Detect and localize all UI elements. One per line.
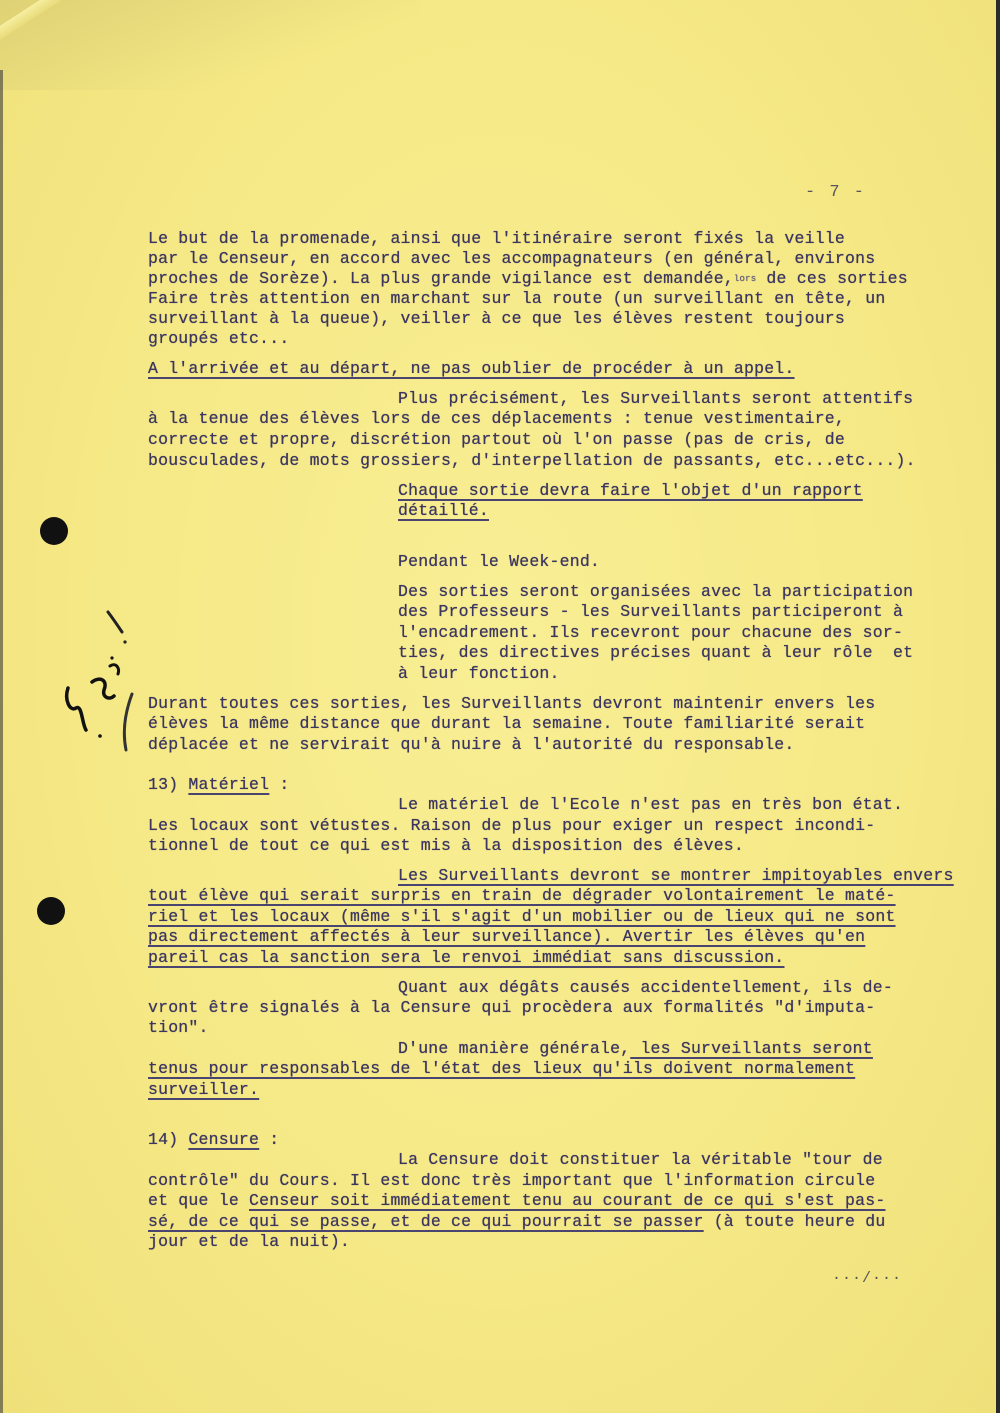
text-line: tionnel de tout ce qui est mis à la disp… bbox=[148, 836, 744, 856]
text-line: D'une manière générale, les Surveillants… bbox=[398, 1039, 873, 1059]
emphasis-line: Les Surveillants devront se montrer impi… bbox=[398, 866, 954, 886]
text-line: l'encadrement. Ils recevront pour chacun… bbox=[398, 623, 903, 643]
emphasis-line: pareil cas la sanction sera le renvoi im… bbox=[148, 948, 784, 968]
text-line: déplacée et ne servirait qu'à nuire à l'… bbox=[148, 735, 795, 755]
text-line: Quant aux dégâts causés accidentellement… bbox=[398, 978, 893, 998]
text-line: Les locaux sont vétustes. Raison de plus… bbox=[148, 816, 875, 836]
punch-hole-bottom bbox=[37, 897, 65, 925]
emphasis-segment: sé, de ce qui se passe, et de ce qui pou… bbox=[148, 1212, 704, 1231]
text-line: tion". bbox=[148, 1018, 209, 1038]
text-line: ties, des directives précises quant à le… bbox=[398, 643, 913, 663]
text-line: sé, de ce qui se passe, et de ce qui pou… bbox=[148, 1212, 885, 1232]
subheading-weekend: Pendant le Week-end. bbox=[398, 552, 600, 572]
text-line: et que le Censeur soit immédiatement ten… bbox=[148, 1191, 885, 1211]
scan-shadow bbox=[0, 0, 420, 90]
scan-edge-left bbox=[0, 70, 3, 1413]
section-colon: : bbox=[259, 1130, 279, 1149]
emphasis-line: tout élève qui serait surpris en train d… bbox=[148, 886, 896, 906]
section-heading-materiel: 13) Matériel : bbox=[148, 775, 289, 795]
handwritten-annotation-icon bbox=[60, 590, 140, 760]
emphasis-line: riel et les locaux (même s'il s'agit d'u… bbox=[148, 907, 896, 927]
continuation-mark: ···/··· bbox=[832, 1270, 902, 1287]
text-line: des Professeurs - les Surveillants parti… bbox=[398, 602, 903, 622]
emphasis-line: pas directement affectés à leur surveill… bbox=[148, 927, 865, 947]
text-segment: de ces sorties bbox=[756, 269, 908, 288]
emphasis-segment: les Surveillants seront bbox=[630, 1039, 872, 1058]
emphasis-rapport: détaillé. bbox=[398, 501, 489, 521]
text-line: Durant toutes ces sorties, les Surveilla… bbox=[148, 694, 875, 714]
text-segment: proches de Sorèze). La plus grande vigil… bbox=[148, 269, 734, 288]
section-number: 13) bbox=[148, 775, 178, 794]
text-line: groupés etc... bbox=[148, 329, 289, 349]
text-line: élèves la même distance que durant la se… bbox=[148, 714, 865, 734]
text-line: Des sorties seront organisées avec la pa… bbox=[398, 582, 913, 602]
text-line: La Censure doit constituer la véritable … bbox=[398, 1150, 883, 1170]
text-line: par le Censeur, en accord avec les accom… bbox=[148, 249, 875, 269]
text-line: Le matériel de l'Ecole n'est pas en très… bbox=[398, 795, 903, 815]
section-colon: : bbox=[269, 775, 289, 794]
text-line: proches de Sorèze). La plus grande vigil… bbox=[148, 269, 908, 289]
text-line: correcte et propre, discrétion partout o… bbox=[148, 430, 845, 450]
text-segment: (à toute heure du bbox=[704, 1212, 886, 1231]
emphasis-line: tenus pour responsables de l'état des li… bbox=[148, 1059, 855, 1079]
section-number: 14) bbox=[148, 1130, 178, 1149]
text-segment: et que le bbox=[148, 1191, 249, 1210]
text-line: Plus précisément, les Surveillants seron… bbox=[398, 389, 913, 409]
text-line: à la tenue des élèves lors de ces déplac… bbox=[148, 409, 845, 429]
page-number: - 7 - bbox=[805, 183, 866, 202]
text-line: contrôle" du Cours. Il est donc très imp… bbox=[148, 1171, 875, 1191]
handwritten-insert: lors bbox=[734, 274, 756, 284]
text-line: à leur fonction. bbox=[398, 664, 560, 684]
emphasis-appel: A l'arrivée et au départ, ne pas oublier… bbox=[148, 359, 795, 379]
punch-hole-top bbox=[40, 517, 68, 545]
section-title: Censure bbox=[188, 1130, 259, 1149]
section-title: Matériel bbox=[188, 775, 269, 794]
section-heading-censure: 14) Censure : bbox=[148, 1130, 279, 1150]
text-line: vront être signalés à la Censure qui pro… bbox=[148, 998, 875, 1018]
emphasis-segment: Censeur soit immédiatement tenu au coura… bbox=[249, 1191, 885, 1210]
text-line: bousculades, de mots grossiers, d'interp… bbox=[148, 451, 916, 471]
text-line: jour et de la nuit). bbox=[148, 1232, 350, 1252]
text-line: surveillant à la queue), veiller à ce qu… bbox=[148, 309, 845, 329]
text-segment: D'une manière générale, bbox=[398, 1039, 630, 1058]
emphasis-rapport: Chaque sortie devra faire l'objet d'un r… bbox=[398, 481, 863, 501]
emphasis-line: surveiller. bbox=[148, 1080, 259, 1100]
scan-edge bbox=[996, 0, 1000, 1413]
text-line: Le but de la promenade, ainsi que l'itin… bbox=[148, 229, 845, 249]
text-line: Faire très attention en marchant sur la … bbox=[148, 289, 885, 309]
